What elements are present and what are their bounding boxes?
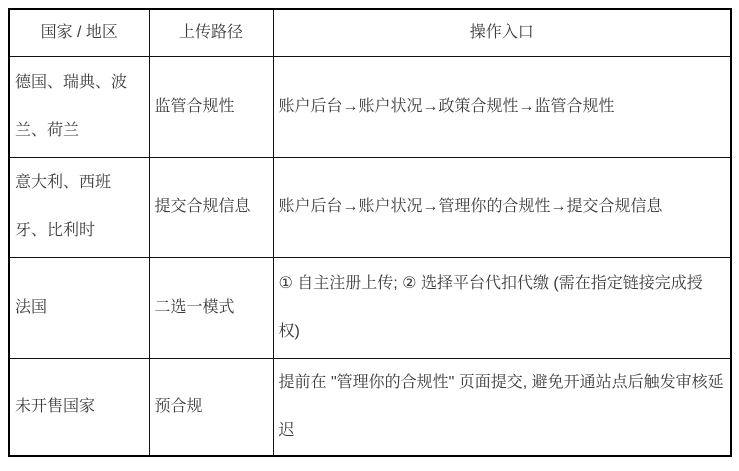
table-row: 德国、瑞典、波兰、荷兰 监管合规性 账户后台→账户状况→政策合规性→监管合规性 <box>9 56 731 157</box>
header-upload-path: 上传路径 <box>149 9 273 56</box>
compliance-upload-table: 国家 / 地区 上传路径 操作入口 德国、瑞典、波兰、荷兰 监管合规性 账户后台… <box>8 8 732 457</box>
header-operation-entry: 操作入口 <box>273 9 731 56</box>
cell-country: 未开售国家 <box>9 358 149 456</box>
cell-operation-entry: 账户后台→账户状况→管理你的合规性→提交合规信息 <box>273 157 731 257</box>
cell-operation-entry: ① 自主注册上传; ② 选择平台代扣代缴 (需在指定链接完成授权) <box>273 257 731 358</box>
header-row: 国家 / 地区 上传路径 操作入口 <box>9 9 731 56</box>
header-country-region: 国家 / 地区 <box>9 9 149 56</box>
cell-country: 意大利、西班牙、比利时 <box>9 157 149 257</box>
cell-upload-path: 二选一模式 <box>149 257 273 358</box>
cell-country: 法国 <box>9 257 149 358</box>
cell-operation-entry: 账户后台→账户状况→政策合规性→监管合规性 <box>273 56 731 157</box>
cell-upload-path: 监管合规性 <box>149 56 273 157</box>
cell-upload-path: 预合规 <box>149 358 273 456</box>
table-row: 法国 二选一模式 ① 自主注册上传; ② 选择平台代扣代缴 (需在指定链接完成授… <box>9 257 731 358</box>
table-row: 意大利、西班牙、比利时 提交合规信息 账户后台→账户状况→管理你的合规性→提交合… <box>9 157 731 257</box>
cell-upload-path: 提交合规信息 <box>149 157 273 257</box>
table-row: 未开售国家 预合规 提前在 "管理你的合规性" 页面提交, 避免开通站点后触发审… <box>9 358 731 456</box>
cell-operation-entry: 提前在 "管理你的合规性" 页面提交, 避免开通站点后触发审核延迟 <box>273 358 731 456</box>
cell-country: 德国、瑞典、波兰、荷兰 <box>9 56 149 157</box>
